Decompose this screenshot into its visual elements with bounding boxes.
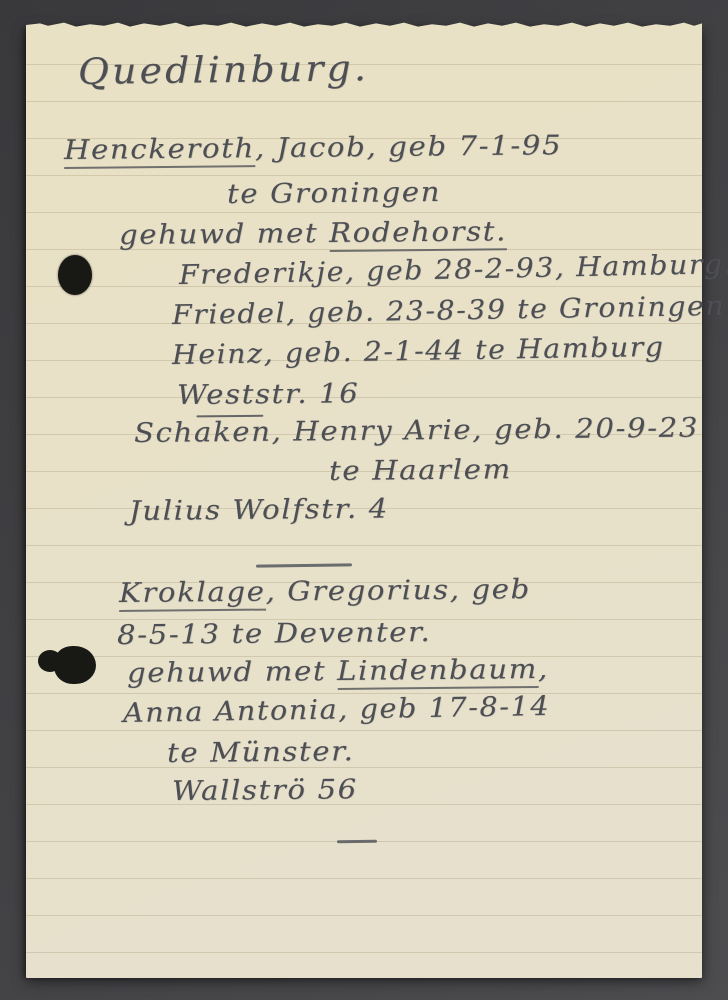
entry1-line6: Heinz, geb. 2-1-44 te Hamburg: [172, 331, 665, 373]
section-divider-2: [337, 840, 377, 844]
entry3-line4: Anna Antonia, geb 17-8-14: [123, 690, 551, 731]
entry3-spouse-name: Anna Antonia, geb 17-8-14: [123, 691, 551, 729]
entry1-address: Weststr. 16: [177, 378, 360, 411]
entry1-spouse-name: Frederikje, geb 28-2-93, Hamburg.: [179, 249, 728, 291]
entry2-birthplace: te Haarlem: [329, 454, 512, 487]
entry3-line3-suffix: ,: [538, 654, 549, 685]
scan-background: Quedlinburg. Henckeroth, Jacob, geb 7-1-…: [0, 0, 728, 1000]
entry1-birthplace: te Groningen: [227, 177, 441, 210]
entry3-line2: 8-5-13 te Deventer.: [117, 616, 432, 653]
entry3-surname: Kroklage: [119, 577, 266, 612]
entry1-line5: Friedel, geb. 23-8-39 te Groningen: [172, 290, 726, 333]
entry1-married-label: gehuwd met: [119, 218, 329, 251]
entry3-line3: gehuwd met Lindenbaum,: [127, 653, 549, 691]
entry3-spouse-birthplace: te Münster.: [167, 736, 355, 769]
entry1-line3: gehuwd met Rodehorst.: [119, 215, 507, 253]
entry2-line3: Julius Wolfstr. 4: [129, 492, 389, 529]
entry3-spouse-surname: Lindenbaum: [337, 654, 538, 690]
entry3-birthdate-place: 8-5-13 te Deventer.: [117, 617, 432, 651]
entry1-child1: Friedel, geb. 23-8-39 te Groningen: [172, 291, 726, 331]
entry2-address: Julius Wolfstr. 4: [129, 493, 389, 527]
entry3-line1-rest: , Gregorius, geb: [265, 574, 531, 608]
entry1-line7: Weststr. 16: [177, 377, 360, 413]
section-divider-1: [256, 563, 352, 567]
page-title: Quedlinburg.: [78, 52, 370, 90]
entry2-line1-rest: , Henry Arie, geb. 20-9-23: [271, 413, 699, 448]
entry2-line2: te Haarlem: [329, 453, 512, 489]
entry1-child2: Heinz, geb. 2-1-44 te Hamburg: [172, 332, 665, 371]
torn-paper-edge: [26, 21, 702, 29]
entry1-line4: Frederikje, geb 28-2-93, Hamburg.: [179, 248, 728, 293]
entry2-line1: Schaken, Henry Arie, geb. 20-9-23: [134, 412, 699, 451]
entry1-surname: Henckeroth: [64, 133, 255, 169]
punch-hole-top: [58, 255, 92, 295]
entry3-address: Wallströ 56: [172, 774, 358, 807]
entry1-line1: Henckeroth, Jacob, geb 7-1-95: [64, 129, 563, 168]
entry1-line2: te Groningen: [227, 176, 441, 212]
entry3-line6: Wallströ 56: [172, 773, 358, 809]
entry1-line1-rest: , Jacob, geb 7-1-95: [255, 130, 563, 164]
entry3-line5: te Münster.: [167, 735, 355, 771]
entry2-surname: Schaken: [134, 417, 272, 449]
city-heading: Quedlinburg.: [78, 48, 370, 93]
entry3-married-label: gehuwd met: [127, 656, 337, 689]
punch-hole-bottom-smudge: [54, 646, 96, 684]
entry3-line1: Kroklage, Gregorius, geb: [119, 573, 531, 611]
notebook-page: Quedlinburg. Henckeroth, Jacob, geb 7-1-…: [26, 28, 702, 978]
entry1-spouse-surname: Rodehorst.: [329, 216, 507, 252]
